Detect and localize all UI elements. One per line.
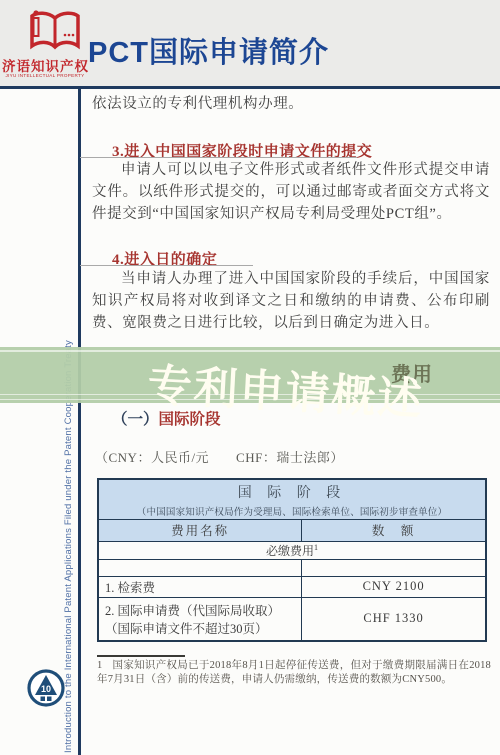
footnote-reference: 1 [314, 543, 318, 552]
section-3-body: 申请人可以以电子文件形式或者纸件文件形式提交申请文件。以纸件形式提交的，可以通过… [92, 159, 490, 225]
section-3-underline [80, 157, 357, 158]
document-page: 济语知识产权 JIYU INTELLECTUAL PROPERTY PCT国际申… [0, 0, 500, 755]
section-4-underline [80, 265, 253, 266]
table-subtitle: （中国国家知识产权局作为受理局、国际检索单位、国际初步审查单位） [99, 504, 485, 518]
subsection-number: （一） [112, 411, 159, 428]
footnote-marker: 1 [97, 660, 112, 671]
subsection-heading: （一）国际阶段 [112, 407, 221, 429]
logo-chinese-name: 济语知识产权 [2, 55, 88, 75]
table-title: 国 际 阶 段 [99, 480, 485, 502]
logo-english-name: JIYU INTELLECTUAL PROPERTY [2, 73, 88, 78]
band-stripe [0, 350, 500, 352]
fee-amount-cell: CHF 1330 [302, 597, 486, 641]
fee-amount-cell: CNY 2100 [302, 576, 486, 597]
watermark-band: 费用 专利申请概述 [0, 347, 500, 403]
table-empty-row [98, 559, 486, 576]
column-header-amount: 数 额 [302, 519, 486, 541]
fee-table: 国 际 阶 段 （中国国家知识产权局作为受理局、国际检索单位、国际初步审查单位）… [97, 478, 487, 642]
column-header-fee-name: 费用名称 [98, 519, 302, 541]
open-book-icon [28, 8, 82, 56]
fee-name-cell: 2. 国际申请费（代国际局收取） （国际申请文件不超过30页） [98, 597, 302, 641]
page-header: 济语知识产权 JIYU INTELLECTUAL PROPERTY PCT国际申… [0, 0, 500, 86]
section-4-body: 当申请人办理了进入中国国家阶段的手续后，中国国家知识产权局将对收到译文之日和缴纳… [92, 268, 490, 334]
footnote: 1国家知识产权局已于2018年8月1日起停征传送费，但对于缴费期限届满日在201… [97, 659, 491, 686]
table-title-row: 国 际 阶 段 （中国国家知识产权局作为受理局、国际检索单位、国际初步审查单位） [98, 479, 486, 519]
table-group-row: 必缴费用1 [98, 541, 486, 559]
company-logo: 济语知识产权 JIYU INTELLECTUAL PROPERTY [2, 6, 88, 82]
currency-legend: （CNY：人民币/元 CHF：瑞士法郎） [95, 447, 344, 466]
pct-anniversary-badge-icon: 10 [26, 668, 66, 708]
intro-paragraph: 依法设立的专利代理机构办理。 [92, 93, 490, 115]
svg-text:10: 10 [41, 684, 51, 694]
table-row: 2. 国际申请费（代国际局收取） （国际申请文件不超过30页） CHF 1330 [98, 597, 486, 641]
table-header-row: 费用名称 数 额 [98, 519, 486, 541]
footnote-separator [97, 655, 185, 657]
sidebar-divider-line [78, 89, 81, 755]
header-divider-line [0, 86, 500, 89]
page-title: PCT国际申请简介 [88, 30, 329, 71]
footnote-text: 国家知识产权局已于2018年8月1日起停征传送费，但对于缴费期限届满日在2018… [97, 660, 491, 685]
subsection-title: 国际阶段 [159, 411, 221, 428]
group-label: 必缴费用 [266, 544, 314, 558]
fee-name-cell: 1. 检索费 [98, 576, 302, 597]
table-row: 1. 检索费 CNY 2100 [98, 576, 486, 597]
